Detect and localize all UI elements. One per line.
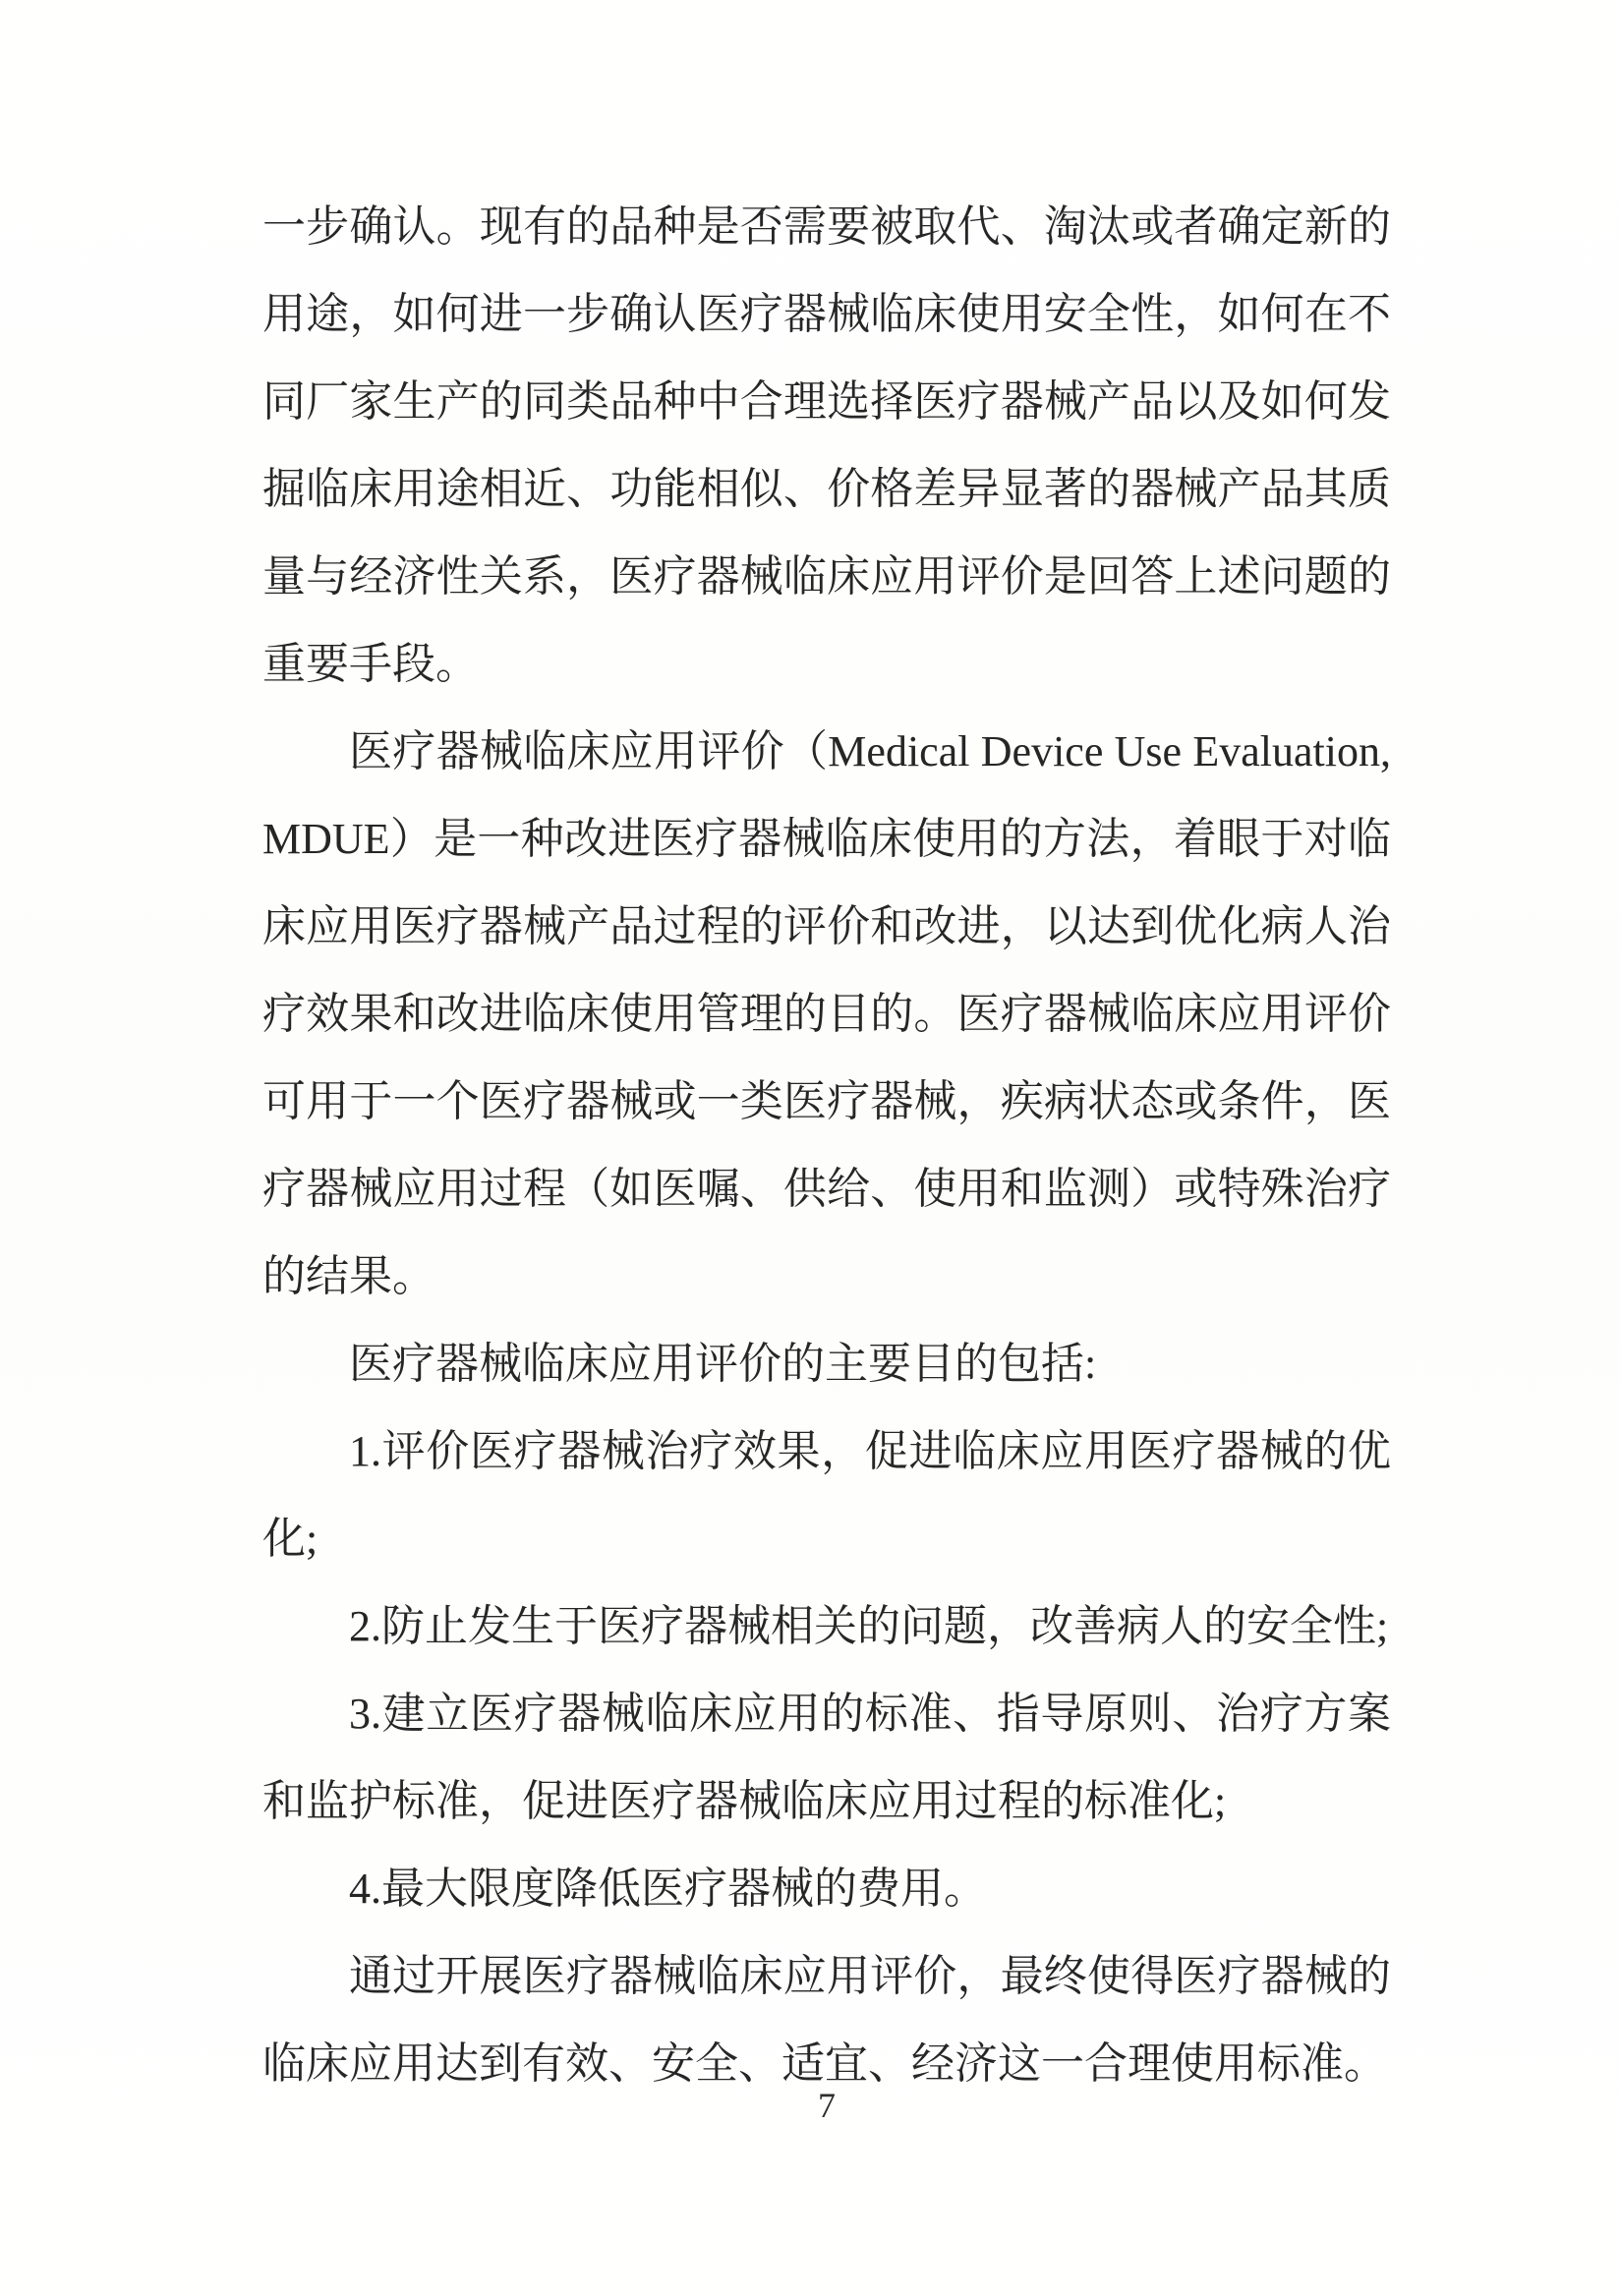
document-body: 一步确认。现有的品种是否需要被取代、淘汰或者确定新的用途，如何进一步确认医疗器械… bbox=[262, 183, 1391, 2107]
paragraph-purpose-item-3: 3.建立医疗器械临床应用的标准、指导原则、治疗方案和监护标准，促进医疗器械临床应… bbox=[262, 1670, 1391, 1845]
paragraph-purpose-item-1: 1.评价医疗器械治疗效果，促进临床应用医疗器械的优化; bbox=[262, 1407, 1391, 1582]
paragraph-purpose-item-2: 2.防止发生于医疗器械相关的问题，改善病人的安全性; bbox=[262, 1582, 1391, 1670]
paragraph-purposes-intro: 医疗器械临床应用评价的主要目的包括: bbox=[262, 1320, 1391, 1407]
document-page: 一步确认。现有的品种是否需要被取代、淘汰或者确定新的用途，如何进一步确认医疗器械… bbox=[0, 0, 1620, 2296]
paragraph-purpose-item-4: 4.最大限度降低医疗器械的费用。 bbox=[262, 1845, 1391, 1932]
paragraph-continuation: 一步确认。现有的品种是否需要被取代、淘汰或者确定新的用途，如何进一步确认医疗器械… bbox=[262, 183, 1391, 708]
page-number: 7 bbox=[262, 2082, 1391, 2129]
paragraph-mdue-definition: 医疗器械临床应用评价（Medical Device Use Evaluation… bbox=[262, 708, 1391, 1320]
